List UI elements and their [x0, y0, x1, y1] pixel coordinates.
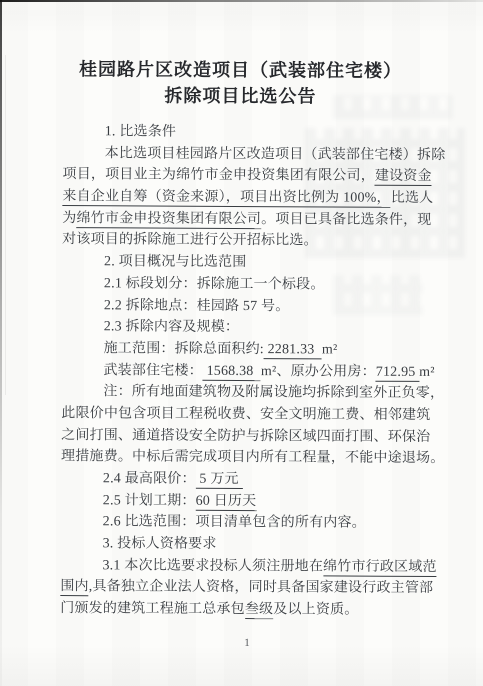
- text-line: 2. 项目概况与比选范围: [62, 251, 426, 275]
- text-line: 来自企业自筹（资金来源），项目出资比例为 100%，比选人: [62, 186, 426, 210]
- text-segment: 武装部住宅楼：: [103, 363, 202, 379]
- underlined-text: 叁级: [245, 602, 273, 619]
- text-segment: 2.4 最高限价：: [103, 471, 196, 486]
- text-line: 2.4 最高限价： 5 万元: [61, 468, 425, 492]
- text-segment: 注：所有地面建筑物及附属设施均拆除到室外正负零，: [103, 385, 444, 402]
- underlined-text: 建设资金: [375, 169, 432, 186]
- underlined-text: 2281.33: [264, 342, 322, 359]
- underlined-text: 来自企业自筹（资金来源），项目出资比例为 100%，: [62, 189, 390, 208]
- text-line: 2.6 比选范围：项目清单包含的所有内容。: [61, 511, 425, 535]
- text-line: 2.1 标段划分：拆除施工一个标段。: [62, 273, 426, 297]
- text-segment: ,具备独立企业法人资格，同时具备国家建设行政主管部: [89, 580, 434, 597]
- document-title-line2: 拆除项目比选公告: [1, 82, 480, 111]
- text-segment: 1. 比选条件: [105, 124, 176, 139]
- text-segment: 2.5 计划工期：: [103, 493, 196, 508]
- text-line: 施工范围：拆除总面积约: 2281.33 m²: [62, 338, 426, 362]
- text-line: 注：所有地面建筑物及附属设施均拆除到室外正负零，: [61, 381, 425, 405]
- underlined-text: 围内: [60, 579, 88, 596]
- text-segment: 2.3 拆除内容及规模：: [104, 319, 239, 335]
- text-line: 围内,具备独立企业法人资格，同时具备国家建设行政主管部: [60, 576, 424, 600]
- text-segment: 2.6 比选范围：项目清单包含的所有内容。: [103, 515, 366, 531]
- text-segment: 此限价中包含项目工程税收费、安全文明施工费、相邻建筑: [61, 406, 430, 423]
- document-title: 桂园路片区改造项目（武装部住宅楼） 拆除项目比选公告: [1, 56, 480, 111]
- scanned-document-page: { "colors": { "paper": "#fcfcfa", "ink":…: [0, 0, 483, 686]
- text-line: 理措施费。中标后需完成项目内所有工程量，不能中途退场。: [61, 446, 425, 470]
- underlined-text: 60 日历天: [196, 493, 257, 510]
- page-content: 桂园路片区改造项目（武装部住宅楼） 拆除项目比选公告 1. 比选条件本比选项目桂…: [0, 0, 483, 686]
- text-line: 此限价中包含项目工程税收费、安全文明施工费、相邻建筑: [61, 403, 425, 427]
- page-number: 1: [0, 636, 481, 651]
- text-line: 武装部住宅楼： 1568.38 m²、原办公用房：712.95 m²: [61, 360, 425, 384]
- document-lines: 1. 比选条件本比选项目桂园路片区改造项目（武装部住宅楼）拆除项目，项目业主为绵…: [60, 121, 427, 622]
- text-segment: 2. 项目概况与比选范围: [104, 254, 246, 270]
- underlined-text: 712.95: [376, 364, 419, 381]
- text-line: 对该项目的拆除施工进行公开招标比选。: [62, 229, 426, 253]
- text-segment: 3.1 本次比选要求投标人须注册地在: [102, 558, 323, 574]
- document-title-line1: 桂园路片区改造项目（武装部住宅楼）: [1, 56, 480, 85]
- text-segment: 比选人: [391, 191, 434, 206]
- text-line: 1. 比选条件: [63, 121, 427, 145]
- text-segment: 施工范围：拆除总面积约:: [104, 341, 264, 357]
- text-segment: 3. 投标人资格要求: [103, 536, 217, 552]
- text-segment: 之间打围、通道搭设安全防护与拆除区域四面打围、环保治: [61, 428, 430, 445]
- text-segment: m²: [419, 364, 435, 379]
- text-line: 2.3 拆除内容及规模：: [62, 316, 426, 340]
- text-segment: 及以上资质。: [273, 602, 358, 617]
- text-line: 门颁发的建筑工程施工总承包叁级及以上资质。: [60, 598, 424, 622]
- underlined-text: 5 万元: [196, 472, 243, 489]
- text-segment: m²: [322, 342, 338, 357]
- text-segment: 为: [62, 211, 76, 226]
- text-segment: 门颁发的建筑工程施工总承包: [60, 601, 245, 617]
- text-line: 项目，项目业主为绵竹市金申投资集团有限公司，建设资金: [62, 164, 426, 188]
- underlined-text: 1568.38: [203, 363, 261, 380]
- text-line: 2.5 计划工期：60 日历天: [61, 490, 425, 514]
- text-line: 为绵竹市金申投资集团有限公司。项目已具备比选条件，现: [62, 208, 426, 232]
- document-body: 1. 比选条件本比选项目桂园路片区改造项目（武装部住宅楼）拆除项目，项目业主为绵…: [60, 121, 427, 622]
- text-line: 3.1 本次比选要求投标人须注册地在绵竹市行政区域范: [60, 555, 424, 579]
- text-segment: 2.2 拆除地点：桂园路 57 号。: [104, 298, 290, 314]
- text-segment: m²、原办公用房：: [261, 364, 376, 380]
- text-segment: 本比选项目桂园路片区改造项目（武装部住宅楼）拆除: [105, 146, 446, 163]
- text-line: 2.2 拆除地点：桂园路 57 号。: [62, 295, 426, 319]
- text-segment: 2.1 标段划分：拆除施工一个标段。: [104, 276, 325, 292]
- text-line: 之间打围、通道搭设安全防护与拆除区域四面打围、环保治: [61, 425, 425, 449]
- text-line: 本比选项目桂园路片区改造项目（武装部住宅楼）拆除: [63, 143, 427, 167]
- text-segment: 。项目已具备比选条件，现: [261, 212, 431, 228]
- text-line: 3. 投标人资格要求: [61, 533, 425, 557]
- text-segment: 理措施费。中标后需完成项目内所有工程量，不能中途退场。: [61, 449, 444, 466]
- text-segment: 项目，项目业主为绵竹市金申投资集团有限公司，: [62, 167, 374, 184]
- underlined-text: 绵竹市行政区域范: [323, 559, 437, 577]
- text-segment: 对该项目的拆除施工进行公开招标比选。: [62, 232, 318, 248]
- underlined-text: 绵竹市金申投资集团有限公司: [76, 211, 261, 229]
